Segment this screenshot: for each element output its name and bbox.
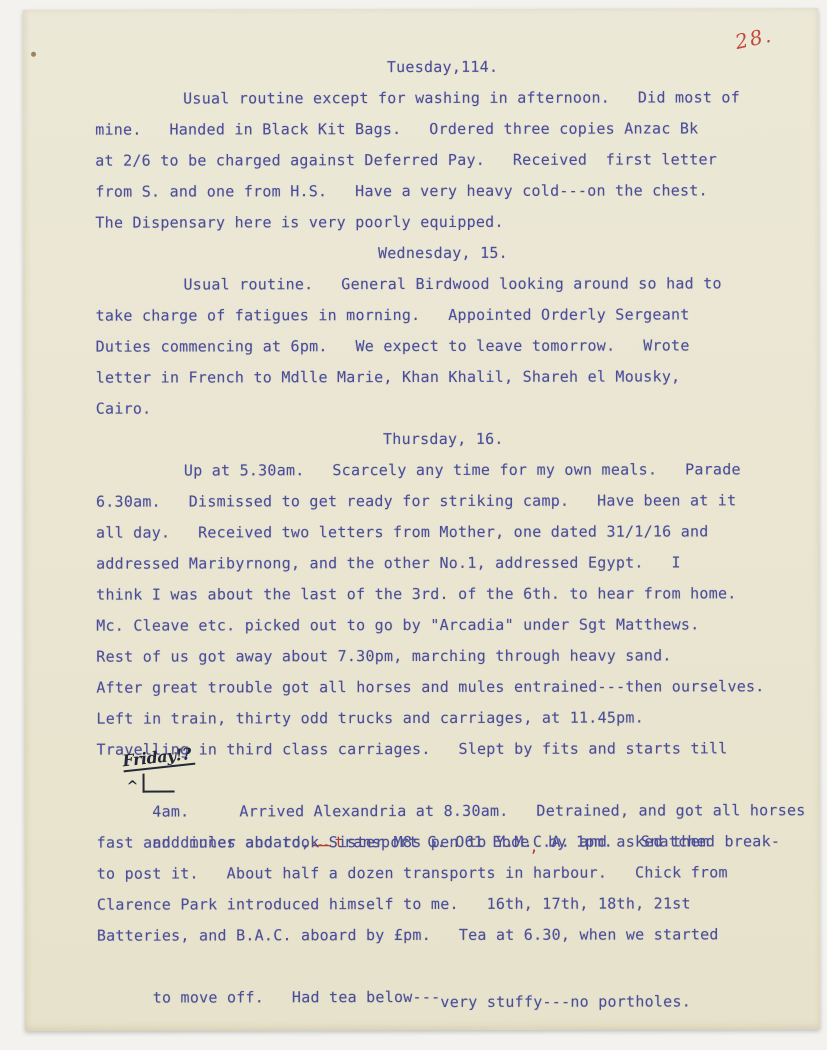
typed-line: mine. Handed in Black Kit Bags. Ordered … bbox=[95, 113, 790, 145]
typed-content: Tuesday,114. Usual routine except for wa… bbox=[95, 51, 792, 982]
typed-line: The Dispensary here is very poorly equip… bbox=[95, 206, 790, 238]
typed-text: to move off. Had tea below--- bbox=[153, 988, 441, 1007]
paper-sheet: 28. Tuesday,114. Usual routine except fo… bbox=[23, 8, 820, 1031]
typed-line: Usual routine. General Birdwood looking … bbox=[95, 268, 790, 300]
typed-line: Left in train, thirty odd trucks and car… bbox=[96, 702, 791, 734]
typed-line: Usual routine except for washing in afte… bbox=[95, 82, 790, 114]
dropped-baseline-text: very stuffy---no portholes. bbox=[440, 992, 691, 1011]
typed-line: all day. Received two letters from Mothe… bbox=[96, 516, 791, 548]
insertion-bracket-mark bbox=[143, 774, 175, 793]
typed-line: Batteries, and B.A.C. aboard by £pm. Tea… bbox=[97, 919, 792, 951]
typed-line: Cairo. bbox=[96, 392, 791, 424]
typed-line-with-dropped-text: to move off. Had tea below---very stuffy… bbox=[97, 950, 792, 982]
scan-background: { "palette": { "typed_ink": "#4a4d98", "… bbox=[0, 0, 827, 1050]
page-number-annotation: 28. bbox=[733, 23, 775, 54]
typed-line: Duties commencing at 6pm. We expect to l… bbox=[96, 330, 791, 362]
typed-line: Rest of us got away about 7.30pm, marchi… bbox=[96, 640, 791, 672]
typed-line: addressed Maribyrnong, and the other No.… bbox=[96, 547, 791, 579]
typed-line: from S. and one from H.S. Have a very he… bbox=[95, 175, 790, 207]
typed-line-with-red-correction: and mules aboard,~~~transport G. O61 Ebo… bbox=[97, 795, 792, 827]
typed-line: think I was about the last of the 3rd. o… bbox=[96, 578, 791, 610]
typed-line: Clarence Park introduced himself to me. … bbox=[97, 888, 792, 920]
typed-line: After great trouble got all horses and m… bbox=[96, 671, 791, 703]
typed-line: Up at 5.30am. Scarcely any time for my o… bbox=[96, 454, 791, 486]
typed-line: to post it. About half a dozen transport… bbox=[97, 857, 792, 889]
typed-line: 6.30am. Dismissed to get ready for strik… bbox=[96, 485, 791, 517]
typed-line: Mc. Cleave etc. picked out to go by "Arc… bbox=[96, 609, 791, 641]
typed-line-with-annotation: 4am.Arrived Alexandria at 8.30am. Detrai… bbox=[97, 764, 792, 796]
typed-line: fast and dinner and took Sister M8s pen … bbox=[97, 826, 792, 858]
insertion-caret-mark: ^ bbox=[127, 780, 139, 794]
day-heading: Thursday, 16. bbox=[96, 423, 791, 455]
typed-line: at 2/6 to be charged against Deferred Pa… bbox=[95, 144, 790, 176]
paper-speck bbox=[31, 52, 36, 57]
typed-line: take charge of fatigues in morning. Appo… bbox=[96, 299, 791, 331]
day-heading: Wednesday, 15. bbox=[95, 237, 790, 269]
typed-line: letter in French to Mdlle Marie, Khan Kh… bbox=[96, 361, 791, 393]
typed-line: Travelling in third class carriages. Sle… bbox=[96, 733, 791, 765]
day-heading: Tuesday,114. bbox=[95, 51, 790, 83]
